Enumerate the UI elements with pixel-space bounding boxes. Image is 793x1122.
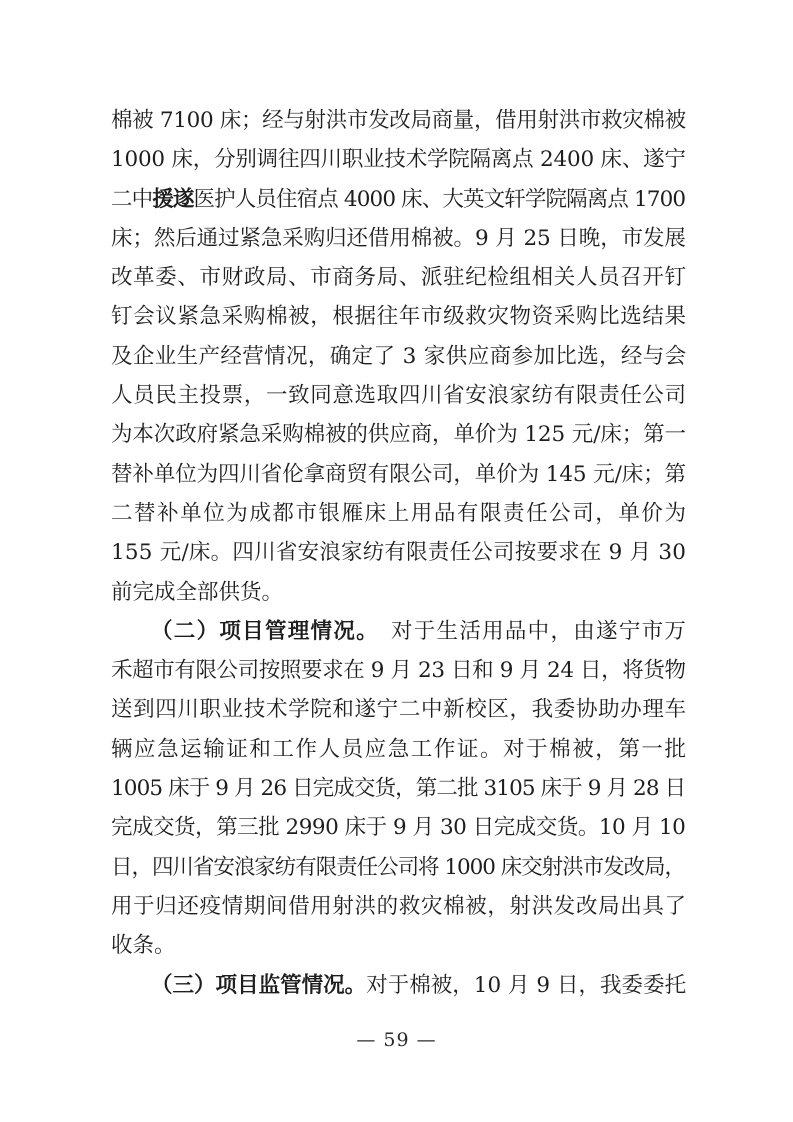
body-text: 为本次政府紧急采购棉被的供应商，单价为 125 元/床；第一	[111, 422, 686, 447]
text-line: 人员民主投票，一致同意选取四川省安浪家纺有限责任公司	[111, 376, 686, 415]
body-text: 二中	[111, 187, 152, 212]
line-content: 人员民主投票，一致同意选取四川省安浪家纺有限责任公司	[111, 383, 687, 408]
line-content: 收条。	[111, 933, 176, 958]
text-line: 替补单位为四川省伦拿商贸有限公司，单价为 145 元/床；第	[111, 455, 686, 494]
text-line: 收条。	[111, 926, 686, 965]
line-content: 钉会议紧急采购棉被，根据往年市级救灾物资采购比选结果	[111, 304, 687, 329]
text-line: 钉会议紧急采购棉被，根据往年市级救灾物资采购比选结果	[111, 297, 686, 336]
line-content: 二中援遂医护人员住宿点 4000 床、大英文轩学院隔离点 1700	[111, 187, 685, 212]
line-content: 棉被 7100 床；经与射洪市发改局商量，借用射洪市救灾棉被	[111, 108, 686, 133]
body-text: 辆应急运输证和工作人员应急工作证。对于棉被，第一批	[111, 737, 688, 762]
body-text: 棉被 7100 床；经与射洪市发改局商量，借用射洪市救灾棉被	[111, 108, 686, 133]
line-content: 日，四川省安浪家纺有限责任公司将 1000 床交射洪市发改局，	[111, 855, 685, 880]
line-content: 完成交货，第三批 2990 床于 9 月 30 日完成交货。10 月 10	[111, 815, 685, 840]
body-text: 完成交货，第三批 2990 床于 9 月 30 日完成交货。10 月 10	[111, 815, 685, 840]
text-line: 送到四川职业技术学院和遂宁二中新校区，我委协助办理车	[111, 690, 686, 729]
line-content: 为本次政府紧急采购棉被的供应商，单价为 125 元/床；第一	[111, 422, 686, 447]
emphasis-text: （三）项目监管情况。	[151, 973, 366, 998]
document-page: 棉被 7100 床；经与射洪市发改局商量，借用射洪市救灾棉被1000 床，分别调…	[0, 0, 793, 1122]
body-text: 对于生活用品中，由遂宁市万	[368, 619, 687, 644]
body-text: 钉会议紧急采购棉被，根据往年市级救灾物资采购比选结果	[111, 304, 687, 329]
text-line: 日，四川省安浪家纺有限责任公司将 1000 床交射洪市发改局，	[111, 848, 686, 887]
line-content: （二）项目管理情况。 对于生活用品中，由遂宁市万	[151, 619, 687, 644]
line-content: 1005 床于 9 月 26 日完成交货，第二批 3105 床于 9 月 28 …	[111, 776, 685, 801]
body-text: 禾超市有限公司按照要求在 9 月 23 日和 9 月 24 日，将货物	[111, 658, 686, 683]
line-content: 送到四川职业技术学院和遂宁二中新校区，我委协助办理车	[111, 697, 687, 722]
text-line: 二中援遂医护人员住宿点 4000 床、大英文轩学院隔离点 1700	[111, 180, 686, 219]
text-line: 辆应急运输证和工作人员应急工作证。对于棉被，第一批	[111, 730, 686, 769]
line-content: 改革委、市财政局、市商务局、派驻纪检组相关人员召开钉	[111, 265, 687, 290]
body-text: 及企业生产经营情况，确定了 3 家供应商参加比选，经与会	[111, 344, 687, 369]
document-body: 棉被 7100 床；经与射洪市发改局商量，借用射洪市救灾棉被1000 床，分别调…	[111, 101, 686, 1005]
body-text: 送到四川职业技术学院和遂宁二中新校区，我委协助办理车	[111, 697, 687, 722]
body-text: 替补单位为四川省伦拿商贸有限公司，单价为 145 元/床；第	[111, 462, 686, 487]
page-number: — 59 —	[356, 1029, 436, 1051]
body-text: 1000 床，分别调往四川职业技术学院隔离点 2400 床、遂宁	[111, 147, 686, 172]
text-line: 床；然后通过紧急采购归还借用棉被。9 月 25 日晚，市发展	[111, 219, 686, 258]
text-line: 完成交货，第三批 2990 床于 9 月 30 日完成交货。10 月 10	[111, 808, 686, 847]
line-content: 前完成全部供货。	[111, 580, 283, 605]
text-line: 1005 床于 9 月 26 日完成交货，第二批 3105 床于 9 月 28 …	[111, 769, 686, 808]
line-content: （三）项目监管情况。对于棉被，10 月 9 日，我委委托	[151, 973, 686, 998]
text-line: 1000 床，分别调往四川职业技术学院隔离点 2400 床、遂宁	[111, 140, 686, 179]
line-content: 用于归还疫情期间借用射洪的救灾棉被，射洪发改局出具了	[111, 894, 687, 919]
line-content: 床；然后通过紧急采购归还借用棉被。9 月 25 日晚，市发展	[111, 226, 686, 251]
text-line: 前完成全部供货。	[111, 573, 686, 612]
line-content: 替补单位为四川省伦拿商贸有限公司，单价为 145 元/床；第	[111, 462, 686, 487]
text-line: 用于归还疫情期间借用射洪的救灾棉被，射洪发改局出具了	[111, 887, 686, 926]
text-line: 棉被 7100 床；经与射洪市发改局商量，借用射洪市救灾棉被	[111, 101, 686, 140]
page-footer: — 59 —	[0, 1029, 793, 1051]
body-text: 155 元/床。四川省安浪家纺有限责任公司按要求在 9 月 30	[111, 540, 686, 565]
text-line: 155 元/床。四川省安浪家纺有限责任公司按要求在 9 月 30	[111, 533, 686, 572]
line-content: 1000 床，分别调往四川职业技术学院隔离点 2400 床、遂宁	[111, 147, 686, 172]
line-content: 155 元/床。四川省安浪家纺有限责任公司按要求在 9 月 30	[111, 540, 686, 565]
text-line: 及企业生产经营情况，确定了 3 家供应商参加比选，经与会	[111, 337, 686, 376]
line-content: 及企业生产经营情况，确定了 3 家供应商参加比选，经与会	[111, 344, 687, 369]
line-content: 二替补单位为成都市银雁床上用品有限责任公司，单价为	[111, 501, 688, 526]
body-text: 前完成全部供货。	[111, 580, 283, 605]
line-content: 禾超市有限公司按照要求在 9 月 23 日和 9 月 24 日，将货物	[111, 658, 686, 683]
body-text: 1005 床于 9 月 26 日完成交货，第二批 3105 床于 9 月 28 …	[111, 776, 685, 801]
body-text: 改革委、市财政局、市商务局、派驻纪检组相关人员召开钉	[111, 265, 687, 290]
text-line: （二）项目管理情况。 对于生活用品中，由遂宁市万	[111, 612, 686, 651]
body-text: 日，四川省安浪家纺有限责任公司将 1000 床交射洪市发改局，	[111, 855, 685, 880]
body-text: 二替补单位为成都市银雁床上用品有限责任公司，单价为	[111, 501, 688, 526]
text-line: （三）项目监管情况。对于棉被，10 月 9 日，我委委托	[111, 966, 686, 1005]
emphasis-text: （二）项目管理情况。	[151, 619, 368, 644]
body-text: 用于归还疫情期间借用射洪的救灾棉被，射洪发改局出具了	[111, 894, 687, 919]
text-line: 二替补单位为成都市银雁床上用品有限责任公司，单价为	[111, 494, 686, 533]
text-line: 为本次政府紧急采购棉被的供应商，单价为 125 元/床；第一	[111, 415, 686, 454]
text-line: 禾超市有限公司按照要求在 9 月 23 日和 9 月 24 日，将货物	[111, 651, 686, 690]
text-line: 改革委、市财政局、市商务局、派驻纪检组相关人员召开钉	[111, 258, 686, 297]
body-text: 床；然后通过紧急采购归还借用棉被。9 月 25 日晚，市发展	[111, 226, 686, 251]
body-text: 对于棉被，10 月 9 日，我委委托	[366, 973, 686, 998]
line-content: 辆应急运输证和工作人员应急工作证。对于棉被，第一批	[111, 737, 688, 762]
body-text: 人员民主投票，一致同意选取四川省安浪家纺有限责任公司	[111, 383, 687, 408]
body-text: 医护人员住宿点 4000 床、大英文轩学院隔离点 1700	[194, 187, 686, 212]
emphasis-text: 援遂	[152, 187, 193, 212]
body-text: 收条。	[111, 933, 176, 958]
